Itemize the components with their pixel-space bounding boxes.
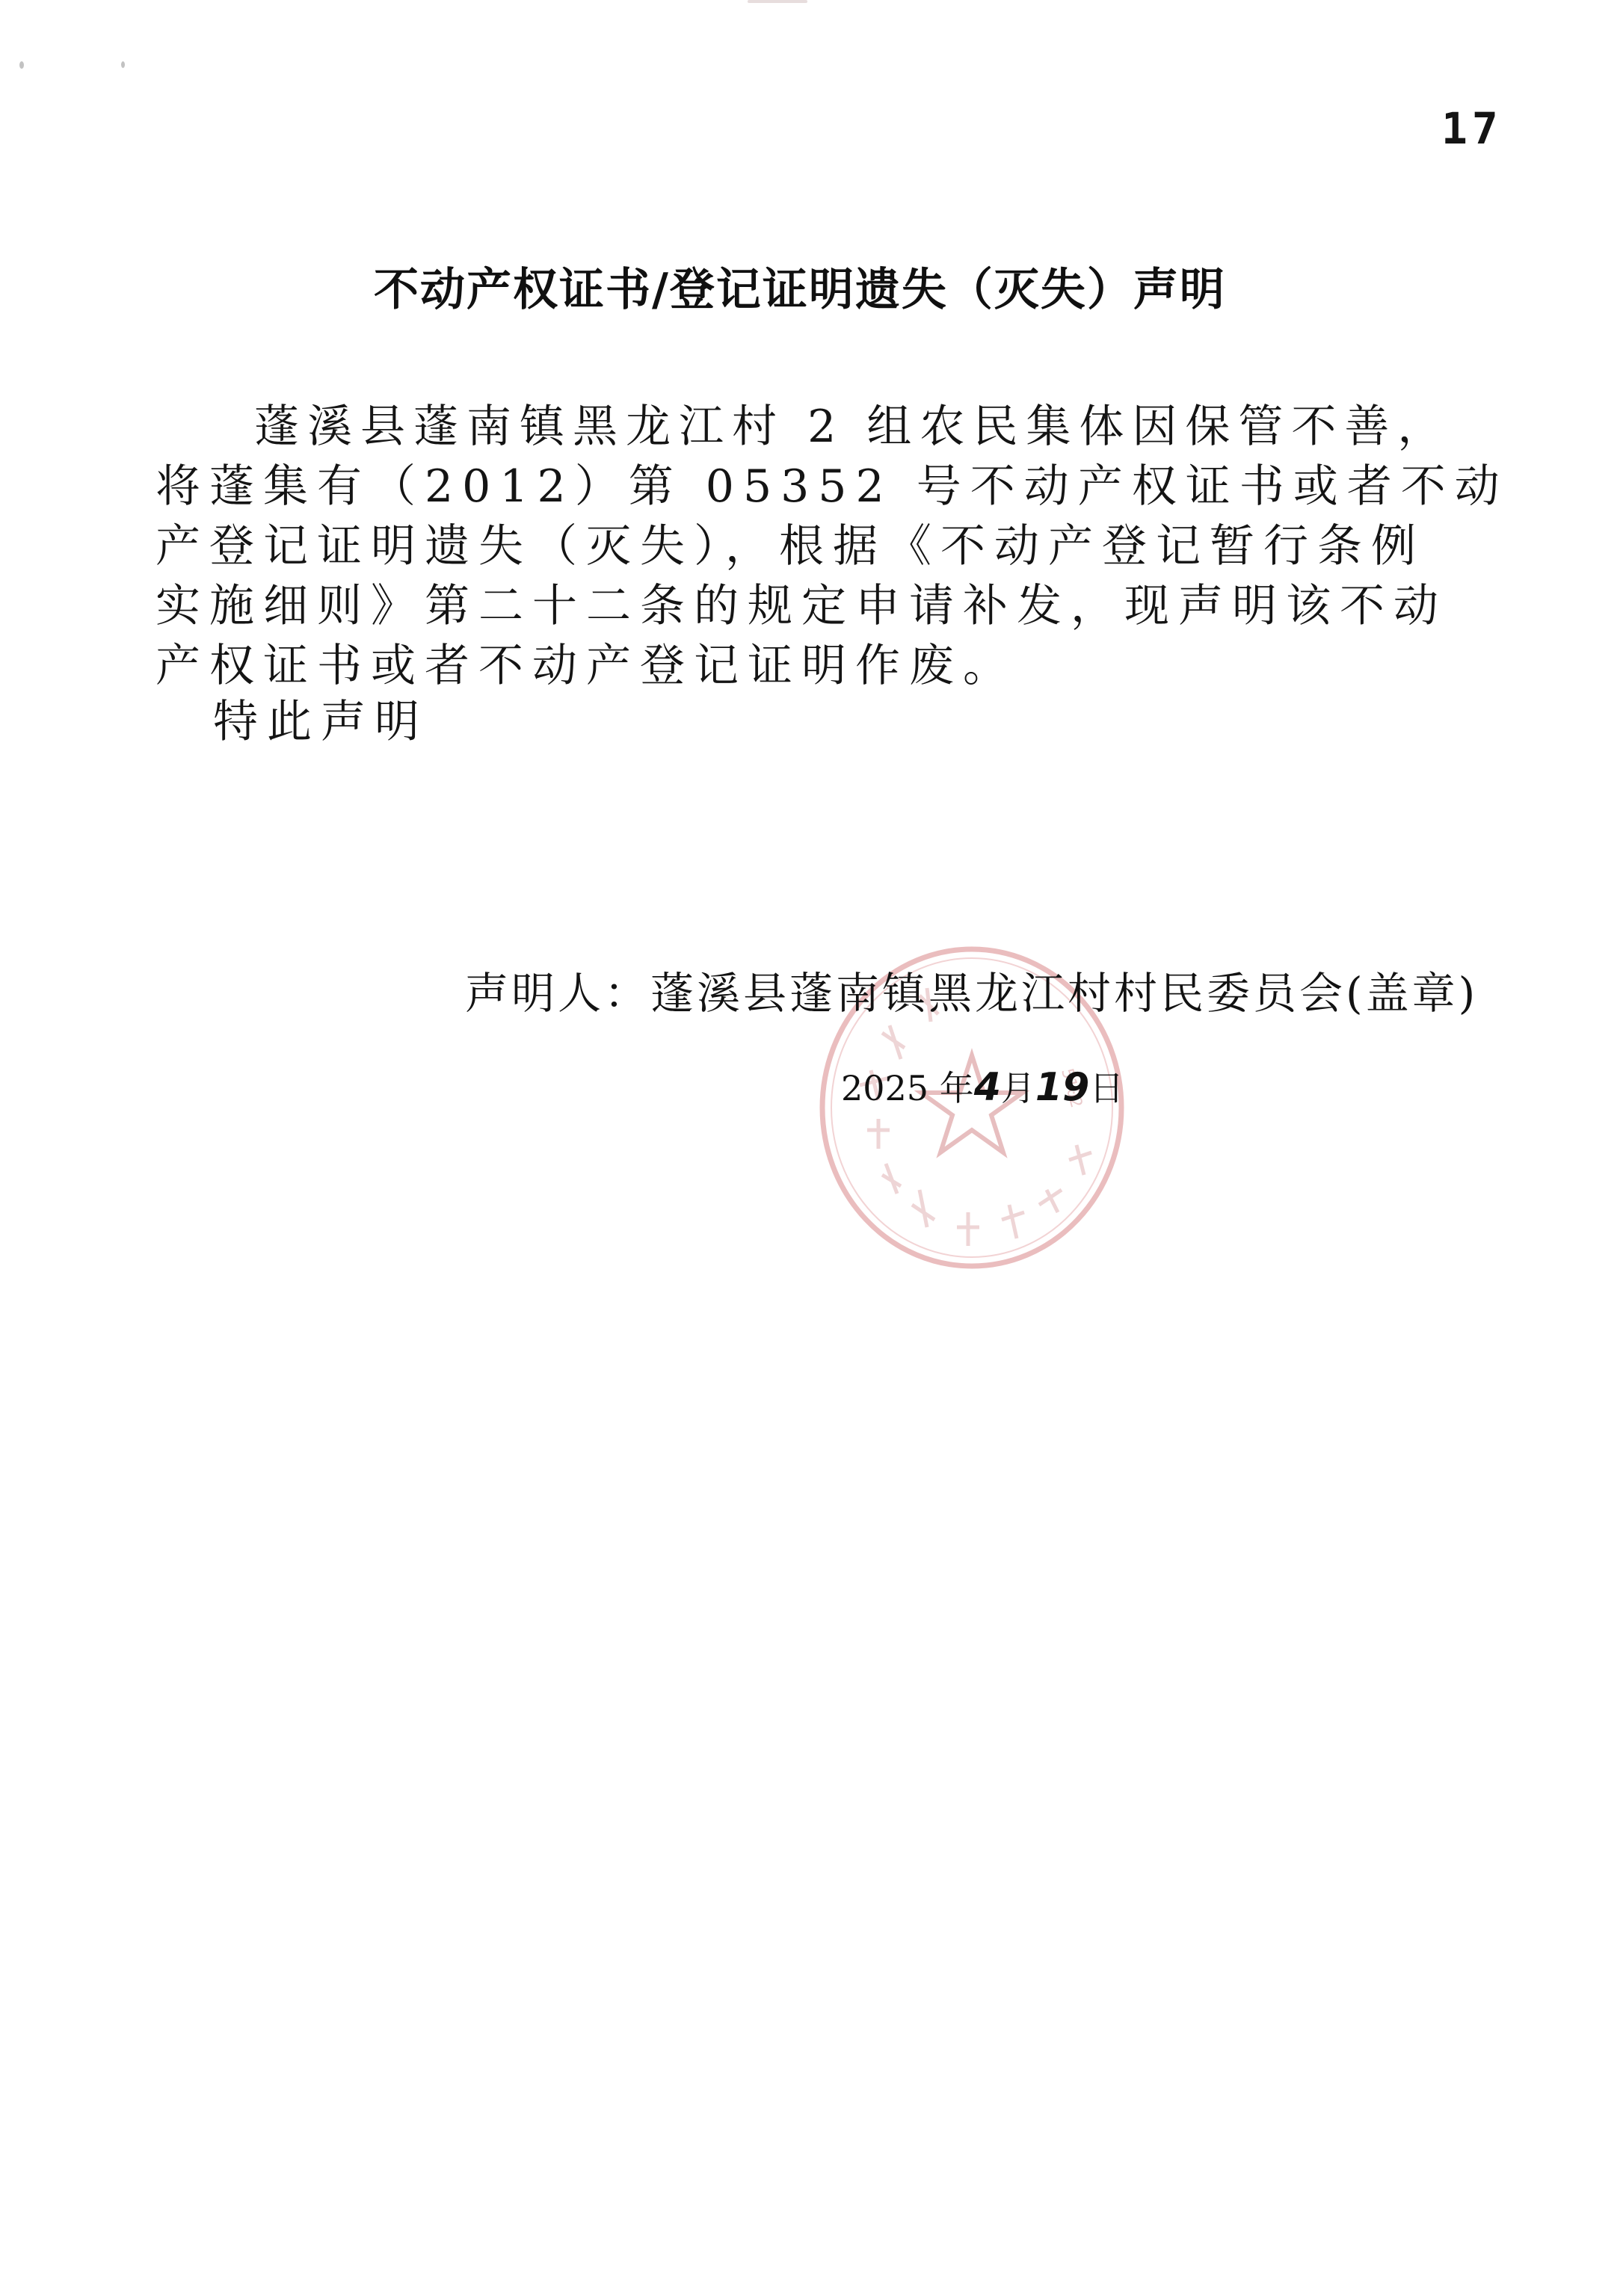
body-line: 产登记证明遗失（灭失），根据《不动产登记暂行条例 (155, 510, 1425, 575)
date-month-handwritten: 4 (974, 1065, 1001, 1110)
date-year: 2025 (841, 1068, 928, 1108)
declarant-signature: 声明人：蓬溪县蓬南镇黑龙江村村民委员会(盖章) (465, 958, 1478, 1021)
body-line: 实施细则》第二十二条的规定申请补发，现声明该不动 (155, 570, 1447, 635)
closing-phrase: 特此声明 (213, 686, 428, 750)
scan-speck (121, 61, 125, 68)
page-number: 17 (1441, 103, 1503, 154)
date-day-handwritten: 19 (1035, 1065, 1089, 1110)
body-line: 蓬溪县蓬南镇黑龙江村 2 组农民集体因保管不善， (254, 391, 1450, 455)
document-title: 不动产权证书/登记证明遗失（灭失）声明 (374, 254, 1316, 318)
scan-speck (748, 0, 807, 3)
date-day-unit: 日 (1089, 1068, 1124, 1108)
scan-speck (19, 61, 24, 69)
body-line: 将蓬集有（2012）第 05352 号不动产权证书或者不动 (155, 451, 1509, 515)
date-year-unit: 年 (928, 1068, 974, 1108)
body-line: 产权证书或者不动产登记证明作废。 (155, 630, 1017, 694)
declaration-date: 2025 年4月19日 (841, 1061, 1124, 1111)
date-month-unit: 月 (1001, 1068, 1035, 1108)
